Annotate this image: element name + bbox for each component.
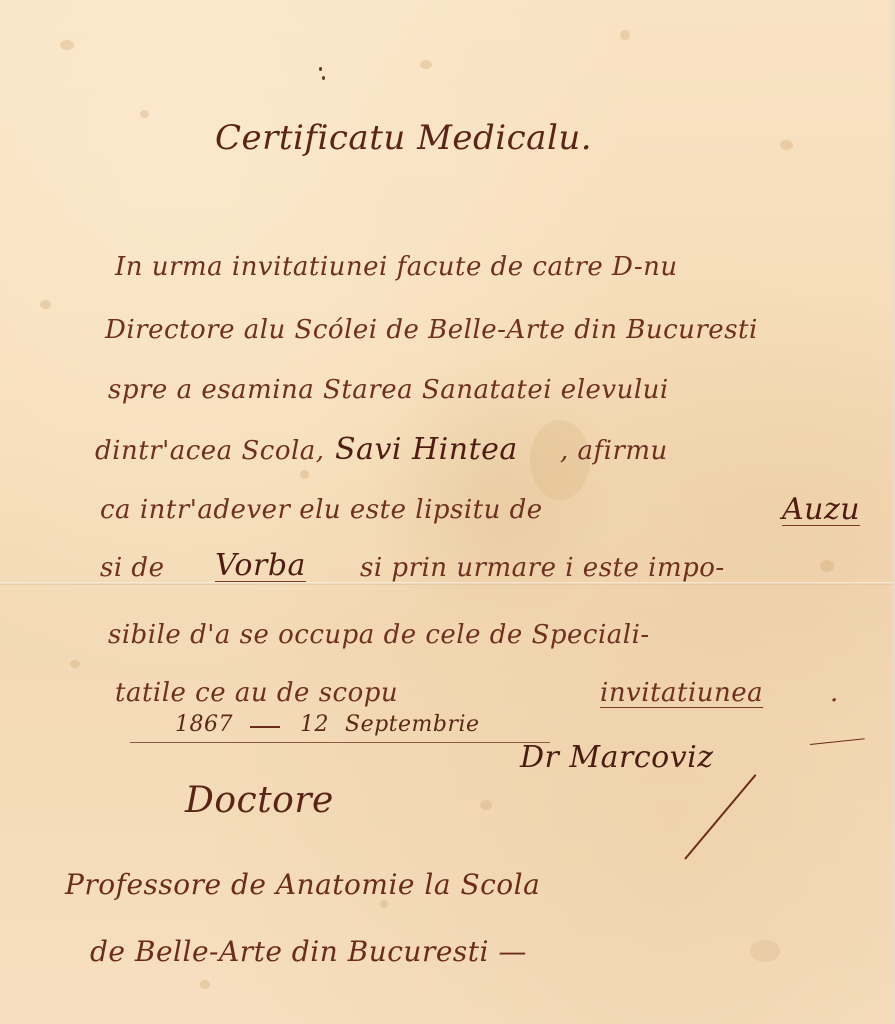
foxing-spot [60,40,74,50]
date-day: 12 [300,712,329,737]
body-line-5a: ca intr'adever elu este lipsitu de [100,495,543,525]
signatory-title: Doctore [185,780,334,821]
hearing-word: Auzu [782,492,860,527]
date-year: 1867 [175,712,233,737]
signature: Dr Marcoviz [520,740,714,775]
body-line-2: Directore alu Scólei de Belle-Arte din B… [105,315,758,345]
foxing-spot [750,940,780,962]
body-line-3: spre a esamina Starea Sanatatei elevului [108,375,669,405]
foxing-spot [70,660,80,668]
position-line-1: Professore de Anatomie la Scola [65,868,540,901]
date-month: Septembrie [345,712,480,737]
ink-dot [319,67,322,71]
date-dash [250,726,280,728]
student-name: Savi Hintea [335,432,518,467]
ink-dot [322,76,325,80]
position-line-2: de Belle-Arte din Bucuresti — [90,935,527,968]
foxing-spot [140,110,149,118]
foxing-spot [780,140,793,150]
foxing-spot [620,30,630,40]
paper-edge [889,0,895,1024]
speech-word: Vorba [215,548,306,583]
body-line-6c: si prin urmare i este impo- [360,553,725,583]
body-line-6a: si de [100,553,164,583]
foxing-spot [380,900,388,908]
body-line-1: In urma invitatiunei facute de catre D-n… [115,252,678,282]
date-underline [130,742,550,743]
body-line-4c: , afirmu [560,436,668,466]
foxing-spot [420,60,432,69]
foxing-spot [40,300,51,309]
body-line-4a: dintr'acea Scola, [95,436,325,466]
invitation-word: invitatiunea [600,678,763,708]
document-title: Certificatu Medicalu. [215,118,592,158]
body-line-8a: tatile ce au de scopu [115,678,398,708]
foxing-spot [480,800,492,810]
foxing-spot [200,980,210,989]
body-line-8c: . [830,678,839,708]
foxing-spot [300,470,309,479]
foxing-spot [820,560,834,572]
body-line-7: sibile d'a se occupa de cele de Speciali… [108,620,650,650]
